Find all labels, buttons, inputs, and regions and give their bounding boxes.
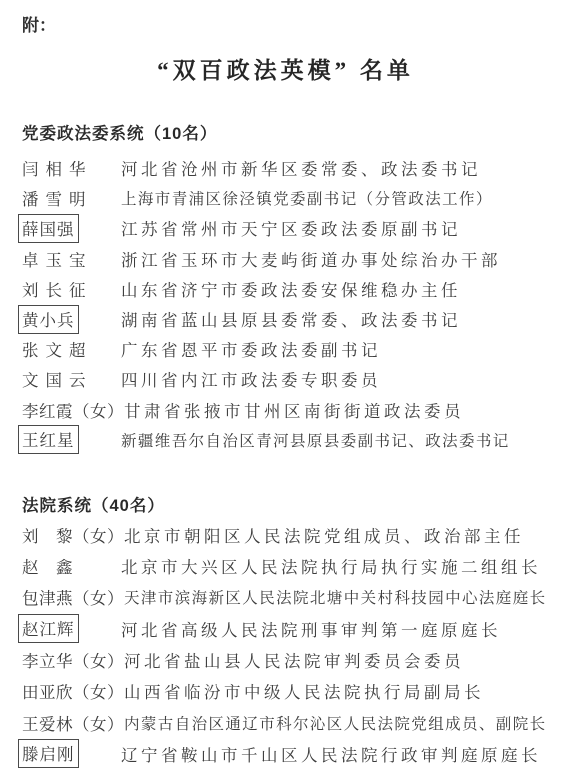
person-position: 新疆维吾尔自治区青河县原县委副书记、政法委书记: [121, 429, 510, 451]
person-position: 北京市朝阳区人民法院党组成员、政治部主任: [124, 523, 524, 547]
section-heading: 法院系统（40名）: [22, 495, 549, 517]
person-name: 李立华（女）: [22, 652, 124, 671]
list-item: 薛国强江苏省常州市天宁区委政法委原副书记: [22, 213, 549, 243]
person-position: 天津市滨海新区人民法院北塘中关村科技园中心法庭庭长: [124, 586, 547, 608]
person-position: 山东省济宁市委政法委安保维稳办主任: [121, 277, 461, 301]
person-position: 江苏省常州市天宁区委政法委原副书记: [121, 216, 461, 240]
list-item: 赵 鑫北京市大兴区人民法院执行局执行实施二组组长: [22, 550, 549, 581]
person-name: 闫相华: [22, 160, 93, 179]
person-name-cell: 李立华（女）: [22, 648, 124, 672]
section-heading: 党委政法委系统（10名）: [22, 123, 549, 145]
person-name: 刘长征: [22, 281, 93, 300]
person-name: 刘 黎（女）: [22, 527, 124, 546]
person-position: 广东省恩平市委政法委副书记: [121, 337, 381, 361]
list-item: 包津燕（女）天津市滨海新区人民法院北塘中关村科技园中心法庭庭长: [22, 582, 549, 613]
list-item: 滕启刚辽宁省鞍山市千山区人民法院行政审判庭原庭长: [22, 738, 549, 769]
attachment-label: 附：: [22, 14, 549, 38]
person-position: 浙江省玉环市大麦屿街道办事处综治办干部: [121, 247, 501, 271]
person-name-cell: 王红星: [22, 425, 121, 454]
list-item: 刘长征山东省济宁市委政法委安保维稳办主任: [22, 274, 549, 304]
person-name: 潘雪明: [22, 190, 93, 209]
person-name-cell: 卓玉宝: [22, 247, 121, 271]
person-position: 北京市大兴区人民法院执行局执行实施二组组长: [121, 554, 541, 578]
list-item: 刘 黎（女）北京市朝阳区人民法院党组成员、政治部主任: [22, 519, 549, 550]
person-name-cell: 赵 鑫: [22, 554, 121, 578]
section-rows: 闫相华河北省沧州市新华区委常委、政法委书记潘雪明上海市青浦区徐泾镇党委副书记（分…: [22, 153, 549, 455]
person-name-cell: 刘 黎（女）: [22, 523, 124, 547]
person-position: 甘肃省张掖市甘州区南街街道政法委员: [124, 398, 464, 422]
person-name-boxed: 薛国强: [18, 214, 79, 243]
list-item: 卓玉宝浙江省玉环市大麦屿街道办事处综治办干部: [22, 244, 549, 274]
person-name-cell: 闫相华: [22, 156, 121, 180]
person-name-cell: 李红霞（女）: [22, 398, 124, 422]
list-item: 张文超广东省恩平市委政法委副书记: [22, 334, 549, 364]
person-name: 王爱林（女）: [22, 715, 124, 734]
person-name-cell: 滕启刚: [22, 739, 121, 768]
person-name: 卓玉宝: [22, 251, 93, 270]
sections-container: 党委政法委系统（10名）闫相华河北省沧州市新华区委常委、政法委书记潘雪明上海市青…: [22, 123, 549, 769]
list-item: 潘雪明上海市青浦区徐泾镇党委副书记（分管政法工作）: [22, 183, 549, 213]
person-position: 河北省盐山县人民法院审判委员会委员: [124, 648, 464, 672]
person-name-cell: 黄小兵: [22, 305, 121, 334]
roster-section: 党委政法委系统（10名）闫相华河北省沧州市新华区委常委、政法委书记潘雪明上海市青…: [22, 123, 549, 455]
person-name-cell: 田亚欣（女）: [22, 679, 124, 703]
list-item: 李立华（女）河北省盐山县人民法院审判委员会委员: [22, 644, 549, 675]
person-name-cell: 潘雪明: [22, 186, 121, 210]
list-item: 王爱林（女）内蒙古自治区通辽市科尔沁区人民法院党组成员、副院长: [22, 707, 549, 738]
person-position: 辽宁省鞍山市千山区人民法院行政审判庭原庭长: [121, 742, 541, 766]
person-name-boxed: 黄小兵: [18, 305, 79, 334]
person-position: 上海市青浦区徐泾镇党委副书记（分管政法工作）: [121, 187, 493, 209]
list-item: 黄小兵湖南省蓝山县原县委常委、政法委书记: [22, 304, 549, 334]
list-item: 赵江辉河北省高级人民法院刑事审判第一庭原庭长: [22, 613, 549, 644]
person-name-cell: 张文超: [22, 337, 121, 361]
page-title: “双百政法英模” 名单: [22, 56, 549, 86]
person-position: 湖南省蓝山县原县委常委、政法委书记: [121, 307, 461, 331]
person-position: 河北省沧州市新华区委常委、政法委书记: [121, 156, 481, 180]
section-rows: 刘 黎（女）北京市朝阳区人民法院党组成员、政治部主任赵 鑫北京市大兴区人民法院执…: [22, 519, 549, 769]
person-position: 山西省临汾市中级人民法院执行局副局长: [124, 679, 484, 703]
list-item: 王红星新疆维吾尔自治区青河县原县委副书记、政法委书记: [22, 425, 549, 455]
person-name-cell: 刘长征: [22, 277, 121, 301]
person-name-cell: 包津燕（女）: [22, 585, 124, 609]
person-name-boxed: 王红星: [18, 425, 79, 454]
person-name: 张文超: [22, 341, 93, 360]
person-name-boxed: 滕启刚: [18, 739, 79, 768]
person-name: 李红霞（女）: [22, 402, 124, 421]
person-position: 河北省高级人民法院刑事审判第一庭原庭长: [121, 617, 501, 641]
person-name: 田亚欣（女）: [22, 683, 124, 702]
person-position: 四川省内江市政法委专职委员: [121, 367, 381, 391]
person-name-cell: 赵江辉: [22, 614, 121, 643]
list-item: 闫相华河北省沧州市新华区委常委、政法委书记: [22, 153, 549, 183]
person-name-boxed: 赵江辉: [18, 614, 79, 643]
list-item: 田亚欣（女）山西省临汾市中级人民法院执行局副局长: [22, 676, 549, 707]
person-name-cell: 王爱林（女）: [22, 711, 124, 735]
person-name: 包津燕（女）: [22, 589, 124, 608]
document-page: 附： “双百政法英模” 名单 党委政法委系统（10名）闫相华河北省沧州市新华区委…: [0, 0, 569, 769]
list-item: 李红霞（女）甘肃省张掖市甘州区南街街道政法委员: [22, 395, 549, 425]
person-name-cell: 文国云: [22, 367, 121, 391]
list-item: 文国云四川省内江市政法委专职委员: [22, 364, 549, 394]
roster-section: 法院系统（40名）刘 黎（女）北京市朝阳区人民法院党组成员、政治部主任赵 鑫北京…: [22, 495, 549, 769]
person-name: 文国云: [22, 371, 93, 390]
person-position: 内蒙古自治区通辽市科尔沁区人民法院党组成员、副院长: [124, 712, 547, 734]
person-name: 赵 鑫: [22, 558, 73, 577]
person-name-cell: 薛国强: [22, 214, 121, 243]
